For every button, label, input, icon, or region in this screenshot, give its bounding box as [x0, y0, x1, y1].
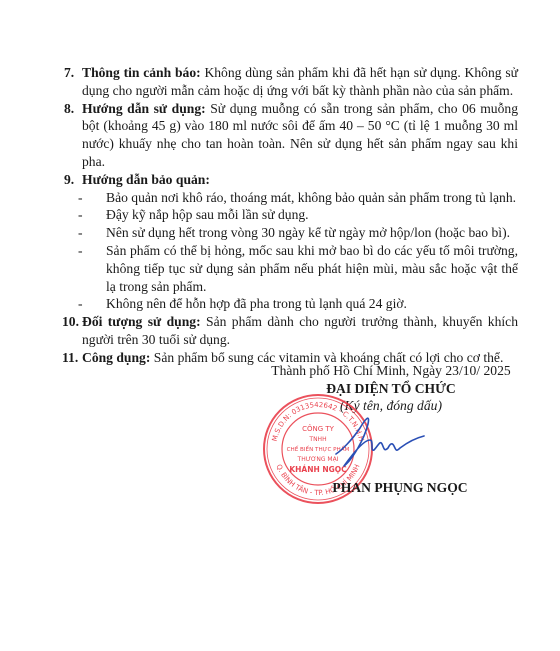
item-storage-instructions: 9. Hướng dẫn bảo quản: [64, 171, 518, 189]
item-number: 10. [62, 313, 79, 331]
signer-name: PHAN PHỤNG NGỌC [300, 480, 500, 496]
bullet-text: Không nên để hỗn hợp đã pha trong tủ lạn… [106, 296, 407, 311]
bullet-dash: - [78, 189, 83, 207]
bullet-text: Nên sử dụng hết trong vòng 30 ngày kể từ… [106, 225, 510, 240]
item-label: Công dụng: [82, 350, 150, 365]
handwritten-signature-icon [330, 410, 425, 470]
item-label: Hướng dẫn sử dụng: [82, 101, 206, 116]
bullet-dash: - [78, 295, 83, 313]
product-info-list: 7. Thông tin cảnh báo: Không dùng sản ph… [64, 64, 518, 367]
item-label: Đối tượng sử dụng: [82, 314, 201, 329]
bullet-dash: - [78, 224, 83, 242]
storage-bullet-list: -Bảo quản nơi khô ráo, thoáng mát, không… [64, 189, 518, 314]
list-item: -Nên sử dụng hết trong vòng 30 ngày kể t… [64, 224, 518, 242]
list-item: -Sản phẩm có thể bị hỏng, mốc sau khi mở… [64, 242, 518, 295]
item-warning-info: 7. Thông tin cảnh báo: Không dùng sản ph… [64, 64, 518, 100]
item-number: 11. [62, 349, 78, 367]
item-number: 7. [64, 64, 74, 82]
item-usage-instructions: 8. Hướng dẫn sử dụng: Sử dụng muỗng có s… [64, 100, 518, 171]
bullet-text: Sản phẩm có thể bị hỏng, mốc sau khi mở … [106, 243, 518, 294]
document-page: 7. Thông tin cảnh báo: Không dùng sản ph… [0, 0, 560, 651]
bullet-dash: - [78, 206, 83, 224]
item-label: Hướng dẫn bảo quản: [82, 172, 210, 187]
place-date: Thành phố Hồ Chí Minh, Ngày 23/10/ 2025 [262, 362, 520, 380]
bullet-text: Bảo quản nơi khô ráo, thoáng mát, không … [106, 190, 516, 205]
item-number: 8. [64, 100, 74, 118]
item-label: Thông tin cảnh báo: [82, 65, 201, 80]
bullet-text: Đậy kỹ nắp hộp sau mỗi lần sử dụng. [106, 207, 309, 222]
list-item: -Đậy kỹ nắp hộp sau mỗi lần sử dụng. [64, 206, 518, 224]
svg-text:TNHH: TNHH [308, 436, 326, 443]
list-item: -Bảo quản nơi khô ráo, thoáng mát, không… [64, 189, 518, 207]
bullet-dash: - [78, 242, 83, 260]
list-item: -Không nên để hỗn hợp đã pha trong tủ lạ… [64, 295, 518, 313]
item-number: 9. [64, 171, 74, 189]
item-target-users: 10. Đối tượng sử dụng: Sản phẩm dành cho… [64, 313, 518, 349]
